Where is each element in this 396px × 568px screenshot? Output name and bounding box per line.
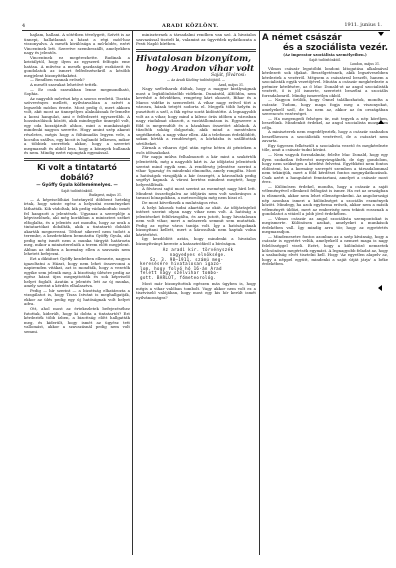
paragraph: Vincentnek ez megérezhette. Rudinak a kr… [24, 56, 130, 79]
article-headline-line1: A német császár [262, 33, 388, 43]
paragraph: Az nagyobb művészi kép a szoros eredetű.… [24, 97, 130, 156]
section-divider [24, 158, 130, 161]
paragraph: Ott, ahol most az értekezletek befejezés… [24, 307, 130, 334]
issue-date: 1911. junius 1. [344, 22, 382, 28]
certificate-line: gott. BARLOT, főmeteorológ. [140, 276, 256, 281]
paragraph: — A képviselőházi botrányról döbbent het… [24, 198, 130, 257]
newspaper-page: 4 ARADI KÖZLÖNY. 1911. junius 1. hajlam,… [22, 22, 390, 552]
column-divider [259, 31, 260, 555]
paragraph: Pedig — hír szerint — a bizottság elhatá… [24, 289, 130, 307]
paragraph: Pár napja múlva felhalmozott a kár mint … [136, 155, 256, 187]
certificate-block: Az aradi kir. törvényszék nagyedyes elnö… [140, 248, 256, 280]
scroll-marker-icon [378, 32, 384, 36]
paragraph: hajlam, hallani. A sötétben tévelygett, … [24, 33, 130, 56]
paragraph: Most már bizonyítottuk egészen más ügybe… [136, 282, 256, 300]
section-divider [136, 49, 256, 52]
article-headline: Ki volt a tintatartó dobáló? [24, 163, 130, 183]
article-subheadline: — Gyöffy Gyula köllemémelyes. — [24, 183, 130, 189]
header-rule [22, 30, 390, 31]
page-header: 4 ARADI KÖZLÖNY. 1911. junius 1. [22, 22, 390, 31]
column-2: miniszternek a társadalmi rendben van sz… [136, 33, 256, 555]
page-number: 4 [22, 23, 25, 29]
paragraph: A helyi lakosok tudni akarták az okát. A… [136, 206, 256, 238]
article-headline-line2: és a szociálista vezér. [262, 43, 388, 53]
paragraph: — Nem vagyok forradalmár, felelte Mac Do… [262, 153, 388, 185]
paragraph: — Mindenesetre fontos azonban az a szép … [262, 235, 388, 267]
paragraph: Ezt a diktátort Gyöffy kezdetben ellenez… [24, 257, 130, 289]
article-headline-line1: Hivatalosan bizonyítom, [136, 54, 256, 64]
paragraph: Vilmos császár legutóbbi londoni látogat… [262, 67, 388, 99]
column-1: hajlam, hallani. A sötétben tévelygett, … [24, 33, 130, 555]
paragraph: — Ha megengedi felséges úr, mit tegyek a… [262, 117, 388, 131]
paragraph: Így kezdődött aztán, hogy mindenki a hiv… [136, 237, 256, 246]
scroll-marker-icon [378, 285, 382, 291]
paragraph: — Vilmos császár az angol szociálista sz… [262, 217, 388, 235]
paragraph: — Különösen érdekel, mondta, hogy a csás… [262, 185, 388, 217]
column-3: A német császár és a szociálista vezér. … [262, 33, 388, 555]
column-divider [132, 31, 133, 555]
paragraph: Nagy szélviharok dúltak, hogy a magyar k… [136, 87, 256, 146]
paragraph: A miniszterek nem engedélyezték, hogy a … [262, 130, 388, 144]
paragraph: A fővárosi sajtó most szerint az esemény… [136, 187, 256, 201]
newspaper-title: ARADI KÖZLÖNY. [162, 23, 219, 29]
paragraph: — Nagyon örülök, hogy Önnel találkozhato… [262, 98, 388, 116]
paragraph: miniszternek a társadalmi rendben van sz… [136, 33, 256, 47]
scroll-marker-icon [378, 120, 384, 124]
